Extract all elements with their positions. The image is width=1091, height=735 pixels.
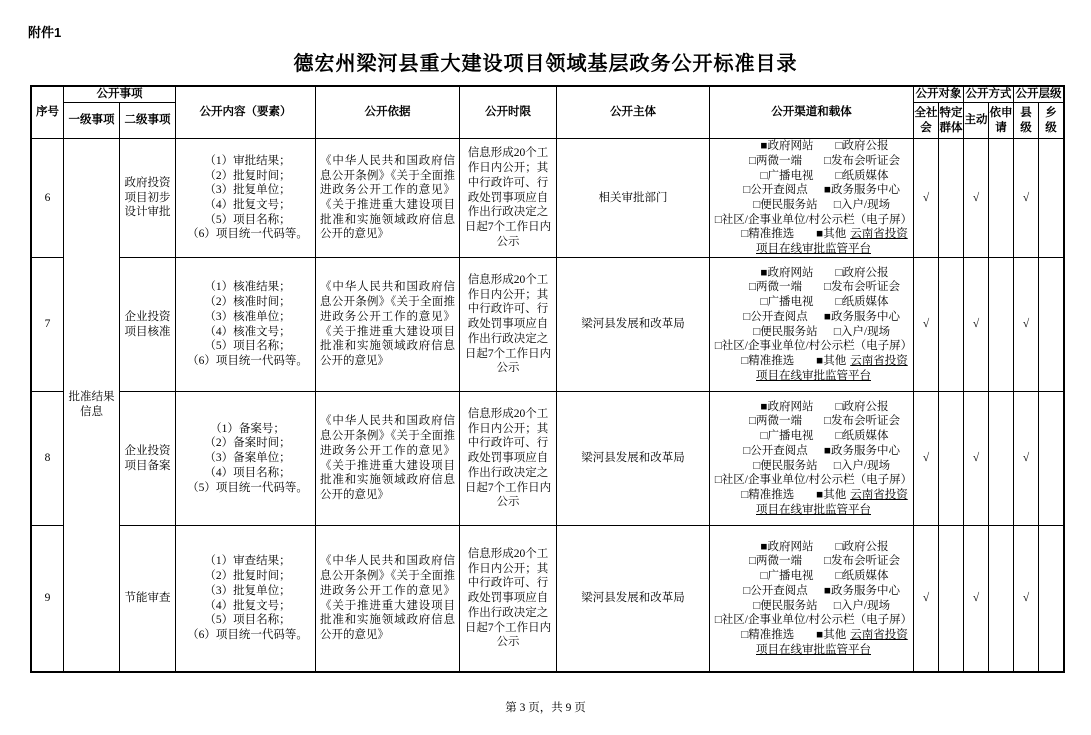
channel-option: ■政务服务中心	[824, 444, 900, 459]
channel-option: □纸质媒体	[836, 295, 889, 310]
level2-item-cell: 企业投资项目备案	[120, 392, 175, 525]
channel-line: □便民服务站□入户/现场	[737, 459, 890, 474]
content-cell: （1）核准结果； （2）核准时间； （3）核准单位； （4）核准文号； （5）项…	[176, 258, 315, 391]
channel-option: □社区/企事业单位/村公示栏（电子屏）	[715, 613, 912, 628]
check-society: √	[914, 392, 938, 525]
channel-option: □公开查阅点	[727, 444, 824, 459]
basis-text: 《中华人民共和国政府信息公开条例》《关于全面推进政务公开工作的意见》《关于推进重…	[320, 414, 455, 502]
content-cell: （1）审查结果； （2）批复时间； （3）批复单位； （4）批复文号； （5）项…	[176, 526, 315, 671]
channel-option: □政府公报	[836, 400, 889, 415]
channel-option: □便民服务站	[737, 459, 834, 474]
attachment-label: 附件1	[28, 22, 61, 41]
header-level-county: 县 级	[1014, 103, 1038, 138]
check-county: √	[1014, 258, 1038, 391]
header-method-active: 主动	[964, 103, 988, 138]
header-level-township: 乡 级	[1039, 103, 1063, 138]
check-active: √	[964, 139, 988, 257]
channel-option: □两微一端	[727, 154, 824, 169]
channel-option: □精准推选	[719, 488, 816, 503]
document-page: 附件1 德宏州梁河县重大建设项目领域基层政务公开标准目录 序号 公开事项 一级事…	[0, 0, 1091, 735]
channel-option: ■政务服务中心	[824, 183, 900, 198]
header-basis: 公开依据	[316, 87, 459, 138]
channel-option: □公开查阅点	[727, 310, 824, 325]
channels-cell: ■政府网站□政府公报 □两微一端□发布会听证会 □广播电视□纸质媒体 □公开查阅…	[710, 526, 913, 671]
channel-option: □广播电视	[739, 295, 836, 310]
channel-line: □两微一端□发布会听证会	[727, 154, 900, 169]
channel-option: ■政府网站	[739, 139, 836, 154]
basis-cell: 《中华人民共和国政府信息公开条例》《关于全面推进政务公开工作的意见》《关于推进重…	[316, 392, 459, 525]
channel-option: □公开查阅点	[727, 584, 824, 599]
channel-line: □便民服务站□入户/现场	[737, 599, 890, 614]
channel-option: ■政府网站	[739, 266, 836, 281]
check-specific	[939, 258, 963, 391]
channel-option: □纸质媒体	[836, 569, 889, 584]
level1-item-cell: 批准结果信息	[64, 139, 119, 671]
basis-cell: 《中华人民共和国政府信息公开条例》《关于全面推进政务公开工作的意见》《关于推进重…	[316, 258, 459, 391]
check-society: √	[914, 526, 938, 671]
basis-text: 《中华人民共和国政府信息公开条例》《关于全面推进政务公开工作的意见》《关于推进重…	[320, 280, 455, 368]
channel-option: □两微一端	[727, 414, 824, 429]
header-item-group: 公开事项	[64, 87, 175, 102]
channel-line: □精准推选■其他云南省投资项目在线审批监管平台	[716, 227, 911, 256]
header-subject: 公开主体	[557, 87, 709, 138]
channel-option: □发布会听证会	[824, 154, 900, 169]
page-footer: 第 3 页，共 9 页	[0, 699, 1091, 715]
header-target-society: 全社 会	[914, 103, 938, 138]
seq-cell: 8	[32, 392, 63, 525]
channel-line: □精准推选■其他云南省投资项目在线审批监管平台	[716, 354, 911, 383]
content-cell: （1）审批结果； （2）批复时间； （3）批复单位； （4）批复文号； （5）项…	[176, 139, 315, 257]
channel-option: □广播电视	[739, 429, 836, 444]
check-active: √	[964, 258, 988, 391]
channel-line: □广播电视□纸质媒体	[739, 169, 889, 184]
channel-option-other: ■其他	[816, 489, 846, 501]
check-county: √	[1014, 526, 1038, 671]
time-limit-cell: 信息形成20个工作日内公开；其中行政许可、行政处罚事项应自作出行政决定之日起7个…	[460, 526, 556, 671]
channel-option: □社区/企事业单位/村公示栏（电子屏）	[715, 339, 912, 354]
check-township	[1039, 258, 1063, 391]
channel-line: □两微一端□发布会听证会	[727, 280, 900, 295]
header-content: 公开内容（要素）	[176, 87, 315, 138]
channel-option: □公开查阅点	[727, 183, 824, 198]
channel-option: ■政府网站	[739, 540, 836, 555]
channel-option: □便民服务站	[737, 198, 834, 213]
seq-cell: 6	[32, 139, 63, 257]
channel-option: □广播电视	[739, 169, 836, 184]
channel-option: ■政府网站	[739, 400, 836, 415]
header-channels: 公开渠道和载体	[710, 87, 913, 138]
channel-line: □便民服务站□入户/现场	[737, 198, 890, 213]
check-request	[989, 392, 1013, 525]
header-level1: 一级事项	[64, 103, 119, 138]
channel-option: □精准推选	[719, 628, 816, 643]
channel-line: □两微一端□发布会听证会	[727, 554, 900, 569]
seq-cell: 7	[32, 258, 63, 391]
check-specific	[939, 139, 963, 257]
header-method-request: 依申 请	[989, 103, 1013, 138]
check-township	[1039, 139, 1063, 257]
channel-option: ■政务服务中心	[824, 584, 900, 599]
basis-text: 《中华人民共和国政府信息公开条例》《关于全面推进政务公开工作的意见》《关于推进重…	[320, 554, 455, 642]
channel-option: □纸质媒体	[836, 169, 889, 184]
channel-option: □入户/现场	[834, 325, 890, 340]
channel-option: □社区/企事业单位/村公示栏（电子屏）	[715, 213, 912, 228]
channel-line: ■政府网站□政府公报	[739, 540, 889, 555]
header-method-group: 公开方式	[964, 87, 1013, 102]
channel-option: □政府公报	[836, 139, 889, 154]
basis-cell: 《中华人民共和国政府信息公开条例》《关于全面推进政务公开工作的意见》《关于推进重…	[316, 526, 459, 671]
header-target-specific: 特定 群体	[939, 103, 963, 138]
channel-line: □两微一端□发布会听证会	[727, 414, 900, 429]
check-request	[989, 526, 1013, 671]
check-society: √	[914, 258, 938, 391]
channel-option: ■政务服务中心	[824, 310, 900, 325]
subject-cell: 梁河县发展和改革局	[557, 258, 709, 391]
channel-option: □入户/现场	[834, 198, 890, 213]
channel-line: ■政府网站□政府公报	[739, 139, 889, 154]
channel-option: □纸质媒体	[836, 429, 889, 444]
check-township	[1039, 392, 1063, 525]
header-time-limit: 公开时限	[460, 87, 556, 138]
channel-line: □公开查阅点■政务服务中心	[727, 584, 900, 599]
check-specific	[939, 526, 963, 671]
check-request	[989, 139, 1013, 257]
header-target-group: 公开对象	[914, 87, 963, 102]
channel-option: □发布会听证会	[824, 554, 900, 569]
channel-option: □入户/现场	[834, 599, 890, 614]
check-township	[1039, 526, 1063, 671]
channels-cell: ■政府网站□政府公报 □两微一端□发布会听证会 □广播电视□纸质媒体 □公开查阅…	[710, 392, 913, 525]
channel-line: □公开查阅点■政务服务中心	[727, 183, 900, 198]
check-active: √	[964, 526, 988, 671]
level2-item-cell: 政府投资项目初步设计审批	[120, 139, 175, 257]
channel-line: □便民服务站□入户/现场	[737, 325, 890, 340]
channel-line: □广播电视□纸质媒体	[739, 429, 889, 444]
channel-option: □精准推选	[719, 227, 816, 242]
channels-cell: ■政府网站□政府公报 □两微一端□发布会听证会 □广播电视□纸质媒体 □公开查阅…	[710, 258, 913, 391]
channel-option-other: ■其他	[816, 629, 846, 641]
channel-line: □广播电视□纸质媒体	[739, 295, 889, 310]
channel-line: □公开查阅点■政务服务中心	[727, 310, 900, 325]
check-county: √	[1014, 139, 1038, 257]
channel-option: □发布会听证会	[824, 280, 900, 295]
channel-line: □广播电视□纸质媒体	[739, 569, 889, 584]
channel-option-other: ■其他	[816, 228, 846, 240]
channel-option: □两微一端	[727, 280, 824, 295]
channel-option: □发布会听证会	[824, 414, 900, 429]
channel-line: ■政府网站□政府公报	[739, 400, 889, 415]
subject-cell: 梁河县发展和改革局	[557, 392, 709, 525]
channel-option: □政府公报	[836, 266, 889, 281]
basis-text: 《中华人民共和国政府信息公开条例》《关于全面推进政务公开工作的意见》《关于推进重…	[320, 154, 455, 242]
header-level-group: 公开层级	[1014, 87, 1063, 102]
basis-cell: 《中华人民共和国政府信息公开条例》《关于全面推进政务公开工作的意见》《关于推进重…	[316, 139, 459, 257]
subject-cell: 相关审批部门	[557, 139, 709, 257]
seq-cell: 9	[32, 526, 63, 671]
check-society: √	[914, 139, 938, 257]
check-active: √	[964, 392, 988, 525]
check-request	[989, 258, 1013, 391]
header-seq: 序号	[32, 87, 63, 138]
channel-line: □公开查阅点■政务服务中心	[727, 444, 900, 459]
channel-line: □精准推选■其他云南省投资项目在线审批监管平台	[716, 628, 911, 657]
channel-option: □政府公报	[836, 540, 889, 555]
channel-option: □精准推选	[719, 354, 816, 369]
time-limit-cell: 信息形成20个工作日内公开；其中行政许可、行政处罚事项应自作出行政决定之日起7个…	[460, 392, 556, 525]
channel-option: □两微一端	[727, 554, 824, 569]
level2-item-cell: 企业投资项目核准	[120, 258, 175, 391]
header-level2: 二级事项	[120, 103, 175, 138]
subject-cell: 梁河县发展和改革局	[557, 526, 709, 671]
channel-option: □广播电视	[739, 569, 836, 584]
check-county: √	[1014, 392, 1038, 525]
channel-option: □社区/企事业单位/村公示栏（电子屏）	[715, 473, 912, 488]
channels-cell: ■政府网站□政府公报 □两微一端□发布会听证会 □广播电视□纸质媒体 □公开查阅…	[710, 139, 913, 257]
page-title: 德宏州梁河县重大建设项目领域基层政务公开标准目录	[0, 47, 1091, 76]
channel-line: ■政府网站□政府公报	[739, 266, 889, 281]
time-limit-cell: 信息形成20个工作日内公开；其中行政许可、行政处罚事项应自作出行政决定之日起7个…	[460, 258, 556, 391]
channel-line: □精准推选■其他云南省投资项目在线审批监管平台	[716, 488, 911, 517]
channel-option: □便民服务站	[737, 325, 834, 340]
standards-directory-table: 序号 公开事项 一级事项 二级事项 公开内容（要素） 公开依据 公开时限 公开主…	[30, 85, 1065, 673]
time-limit-cell: 信息形成20个工作日内公开；其中行政许可、行政处罚事项应自作出行政决定之日起7个…	[460, 139, 556, 257]
level2-item-cell: 节能审查	[120, 526, 175, 671]
channel-option-other: ■其他	[816, 355, 846, 367]
check-specific	[939, 392, 963, 525]
channel-option: □入户/现场	[834, 459, 890, 474]
content-cell: （1）备案号； （2）备案时间； （3）备案单位； （4）项目名称； （5）项目…	[176, 392, 315, 525]
channel-option: □便民服务站	[737, 599, 834, 614]
